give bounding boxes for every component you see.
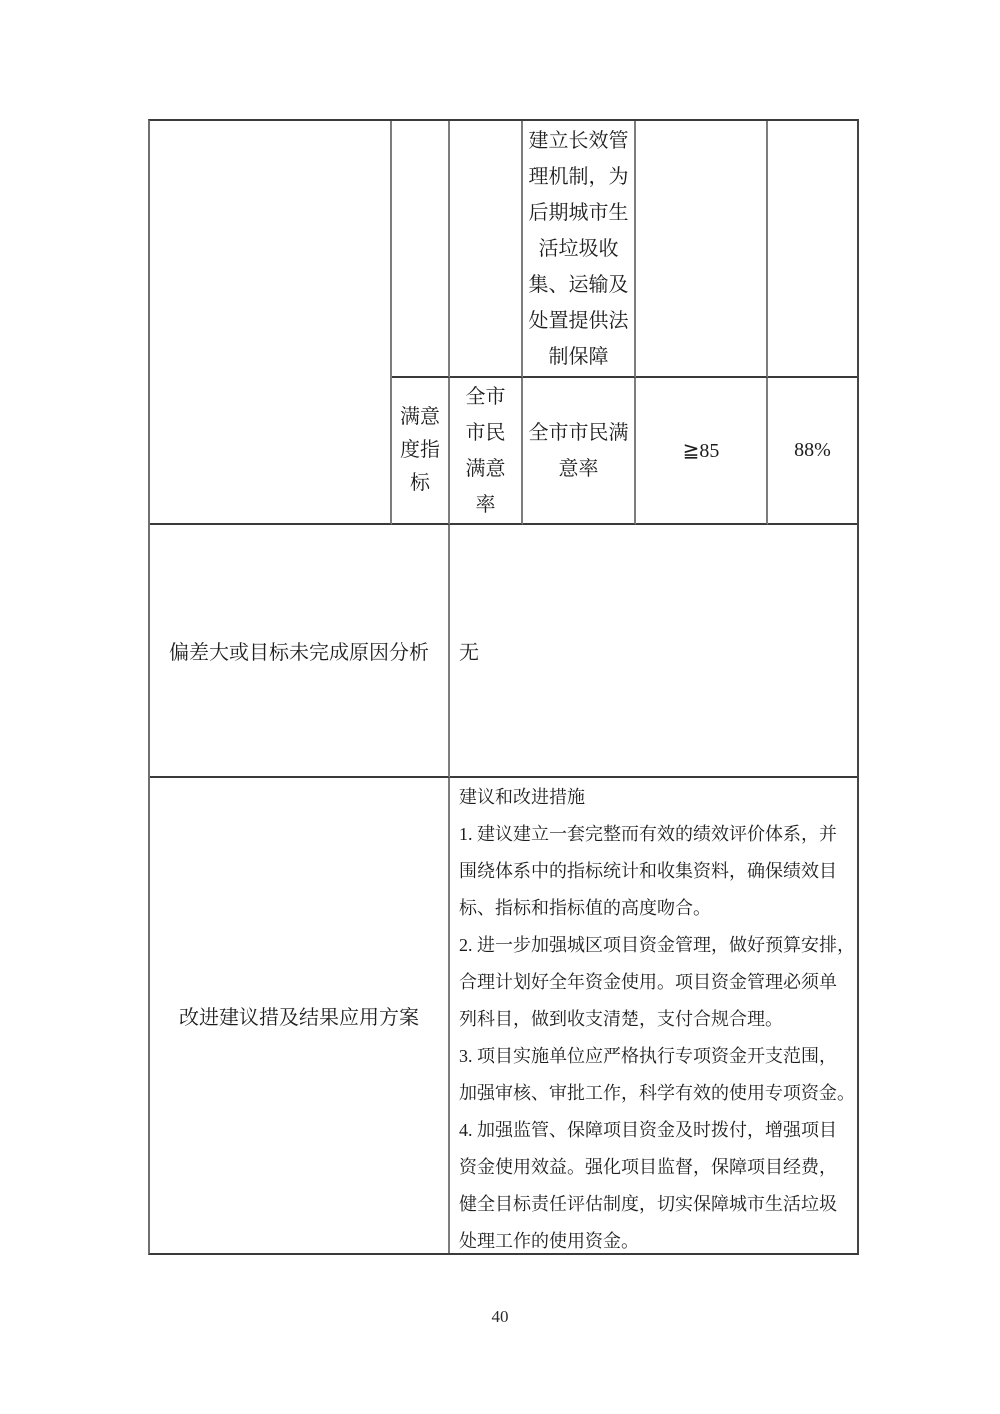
deviation-analysis-label-cell: 偏差大或目标未完成原因分析: [150, 525, 450, 778]
satisfaction-category-cell: 满意度指标: [392, 378, 450, 525]
improvement-label-cell: 改进建议措及结果应用方案: [150, 778, 450, 1253]
text-line: 集、运输及: [529, 267, 629, 303]
left-spanning-empty-cell: [150, 121, 392, 525]
satisfaction-indicator-name-cell: 全市市民满意率: [450, 378, 523, 525]
text-line: 标、指标和指标值的高度吻合。: [459, 890, 857, 927]
text-line: 制保障: [549, 339, 609, 375]
text-line: 率: [476, 487, 496, 523]
document-page: 建立长效管理机制，为后期城市生活垃圾收集、运输及处置提供法制保障 满意度指标 全…: [0, 0, 1000, 1414]
text-line: 建立长效管: [529, 123, 629, 159]
goal-description-cell: 建立长效管理机制，为后期城市生活垃圾收集、运输及处置提供法制保障: [523, 121, 636, 378]
page-number: 40: [0, 1307, 1000, 1327]
row1-empty-cell-f: [768, 121, 857, 378]
improvement-content-cell: 建议和改进措施1. 建议建立一套完整而有效的绩效评价体系，并围绕体系中的指标统计…: [450, 778, 857, 1253]
text-line: 处置提供法: [529, 303, 629, 339]
improvement-label: 改进建议措及结果应用方案: [179, 1001, 419, 1030]
row1-empty-cell-b: [392, 121, 450, 378]
text-line: 合理计划好全年资金使用。项目资金管理必须单: [459, 964, 857, 1001]
text-line: 资金使用效益。强化项目监督，保障项目经费，: [459, 1149, 857, 1186]
text-line: 健全目标责任评估制度，切实保障城市生活垃圾: [459, 1186, 857, 1223]
actual-value: 88%: [794, 439, 831, 462]
text-line: 建议和改进措施: [459, 779, 857, 816]
satisfaction-actual-cell: 88%: [768, 378, 857, 525]
text-line: 满意: [466, 451, 506, 487]
text-line: 理机制，为: [529, 159, 629, 195]
text-line: 后期城市生: [529, 195, 629, 231]
text-line: 活垃圾收: [539, 231, 619, 267]
text-line: 处理工作的使用资金。: [459, 1223, 857, 1253]
text-line: 标: [410, 467, 430, 500]
text-line: 4. 加强监管、保障项目资金及时拨付，增强项目: [459, 1112, 857, 1149]
deviation-analysis-label: 偏差大或目标未完成原因分析: [169, 636, 429, 665]
text-line: 度指: [400, 434, 440, 467]
deviation-analysis-value-cell: 无: [450, 525, 857, 778]
row1-empty-cell-c: [450, 121, 523, 378]
deviation-analysis-value: 无: [459, 636, 479, 665]
text-line: 1. 建议建立一套完整而有效的绩效评价体系，并: [459, 816, 857, 853]
text-line: 2. 进一步加强城区项目资金管理，做好预算安排，: [459, 927, 857, 964]
text-line: 加强审核、审批工作，科学有效的使用专项资金。: [459, 1075, 857, 1112]
satisfaction-target-cell: ≧85: [636, 378, 768, 525]
row1-empty-cell-e: [636, 121, 768, 378]
text-line: 列科目，做到收支清楚，支付合规合理。: [459, 1001, 857, 1038]
text-line: 全市: [466, 379, 506, 415]
text-line: 围绕体系中的指标统计和收集资料，确保绩效目: [459, 853, 857, 890]
text-line: 意率: [559, 451, 599, 487]
text-line: 3. 项目实施单位应严格执行专项资金开支范围，: [459, 1038, 857, 1075]
text-line: 全市市民满: [529, 415, 629, 451]
text-line: 满意: [400, 401, 440, 434]
text-line: 市民: [466, 415, 506, 451]
target-value: ≧85: [683, 438, 720, 463]
satisfaction-measure-cell: 全市市民满意率: [523, 378, 636, 525]
performance-report-table: 建立长效管理机制，为后期城市生活垃圾收集、运输及处置提供法制保障 满意度指标 全…: [148, 119, 859, 1255]
